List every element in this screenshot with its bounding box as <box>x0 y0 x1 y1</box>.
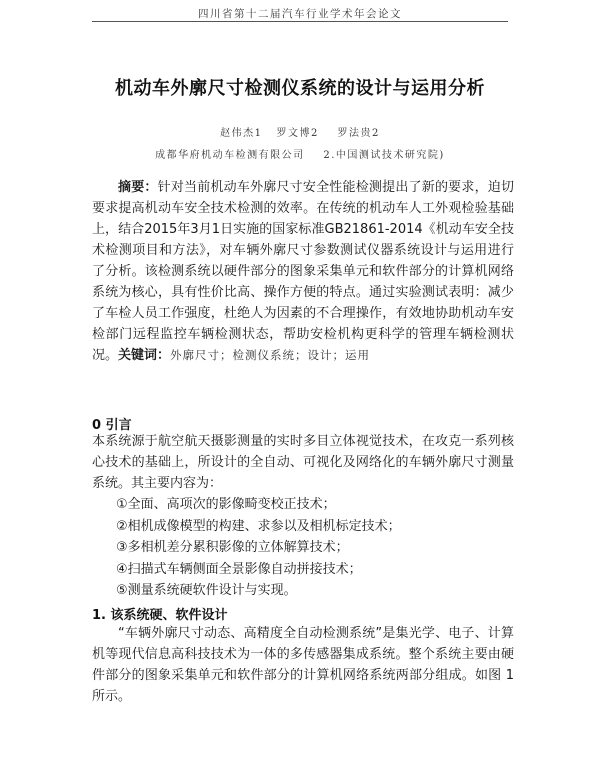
list-item: ②相机成像模型的构建、求参以及相机标定技术； <box>116 516 401 537</box>
abstract-label: 摘要： <box>118 180 158 195</box>
abstract-text: 针对当前机动车外廓尺寸安全性能检测提出了新的要求，迫切要求提高机动车安全技术检测… <box>92 180 514 363</box>
intro-paragraph: 本系统源于航空航天摄影测量的实时多目立体视觉技术，在攻克一系列核心技术的基础上，… <box>92 431 514 494</box>
author-list: 赵伟杰1 罗文博2 罗法贵2 <box>0 124 600 139</box>
section-heading-design: 1. 该系统硬、软件设计 <box>92 604 228 623</box>
list-item: ①全面、高项次的影像畸变校正技术； <box>116 494 336 515</box>
list-item: ③多相机差分累积影像的立体解算技术； <box>116 537 349 558</box>
list-item: ④扫描式车辆侧面全景影像自动拼接技术； <box>116 559 362 580</box>
design-paragraph: “车辆外廓尺寸动态、高精度全自动检测系统”是集光学、电子、计算机等现代信息高科技… <box>92 623 514 707</box>
list-item: ⑤测量系统硬软件设计与实现。 <box>116 580 297 601</box>
paper-title: 机动车外廓尺寸检测仪系统的设计与运用分析 <box>0 74 600 100</box>
header-rule <box>92 21 508 22</box>
keywords-label: 关键词： <box>118 348 170 363</box>
abstract-block: 摘要：针对当前机动车外廓尺寸安全性能检测提出了新的要求，迫切要求提高机动车安全技… <box>92 177 514 366</box>
running-header: 四川省第十二届汽车行业学术年会论文 <box>0 6 600 21</box>
affiliations: 成都华府机动车检测有限公司 2.中国测试技术研究院) <box>0 146 600 161</box>
keywords-text: 外廓尺寸；检测仪系统；设计；运用 <box>170 348 370 362</box>
keywords-block: 关键词：外廓尺寸；检测仪系统；设计；运用 <box>92 345 514 366</box>
